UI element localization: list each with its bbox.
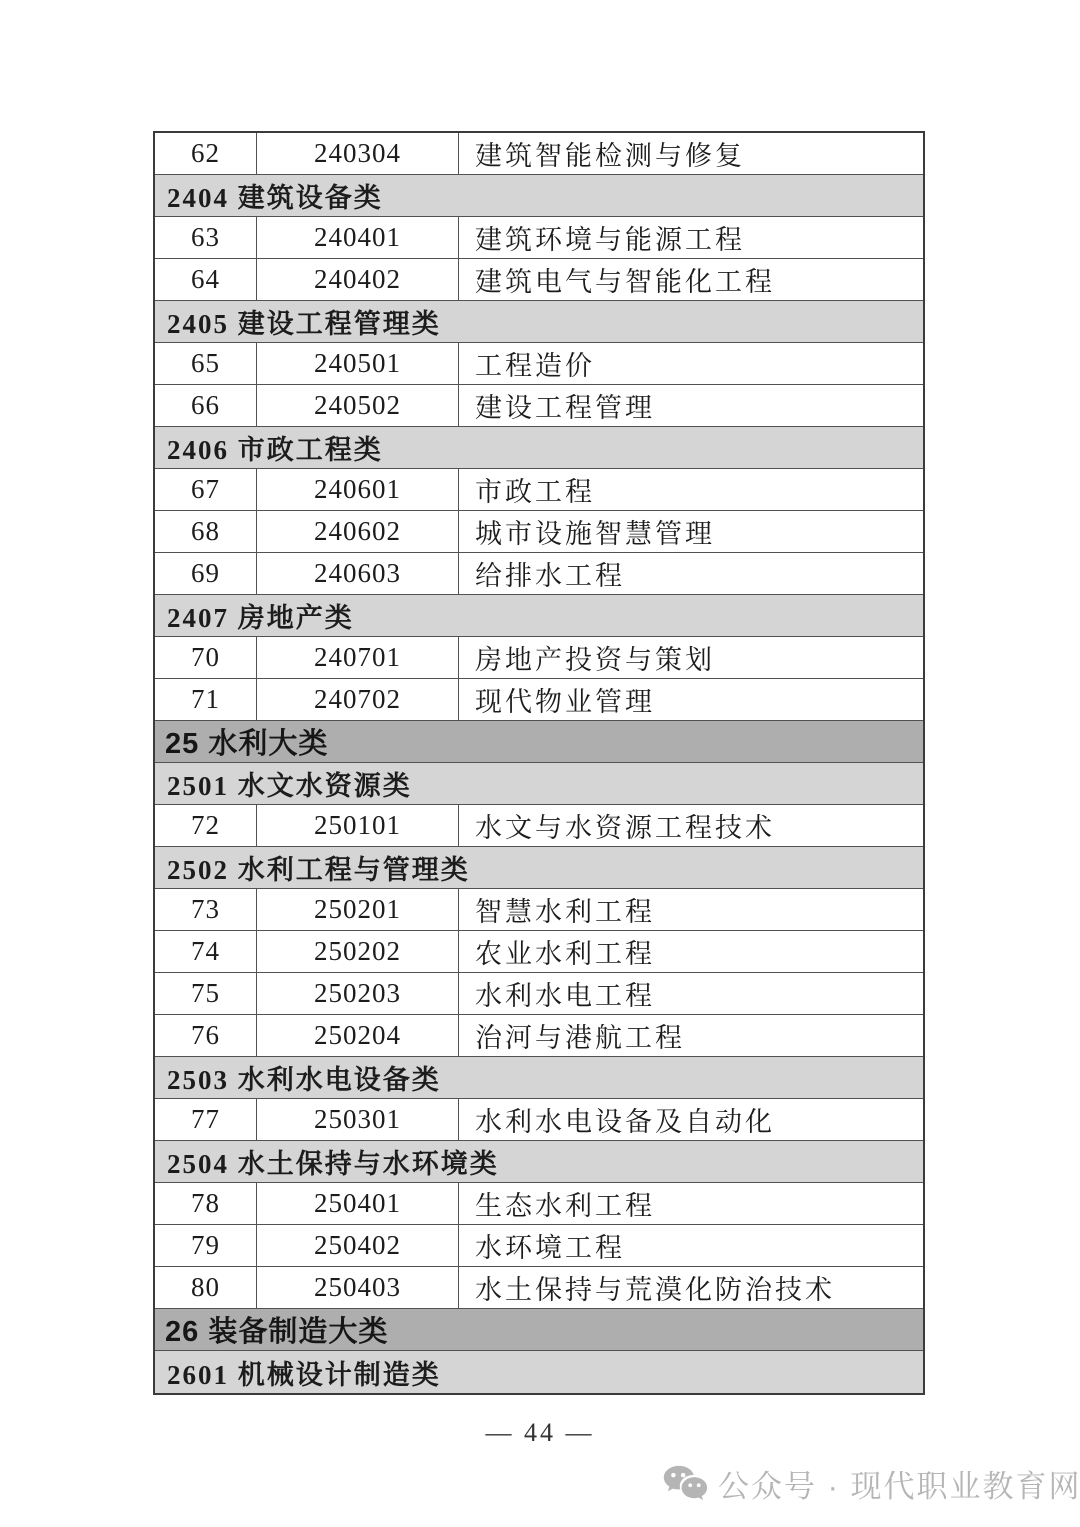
table-row: 69240603给排水工程 bbox=[155, 553, 923, 595]
cell-no: 65 bbox=[155, 343, 257, 384]
cell-no: 75 bbox=[155, 973, 257, 1014]
cell-no: 68 bbox=[155, 511, 257, 552]
cell-code: 250301 bbox=[257, 1099, 459, 1140]
cell-name: 建设工程管理 bbox=[459, 385, 923, 426]
cell-code: 250202 bbox=[257, 931, 459, 972]
cell-no: 74 bbox=[155, 931, 257, 972]
cell-no: 63 bbox=[155, 217, 257, 258]
cell-name: 水土保持与荒漠化防治技术 bbox=[459, 1267, 923, 1308]
cell-code: 250401 bbox=[257, 1183, 459, 1224]
cell-name: 给排水工程 bbox=[459, 553, 923, 594]
cell-no: 79 bbox=[155, 1225, 257, 1266]
cell-no: 70 bbox=[155, 637, 257, 678]
cell-name: 农业水利工程 bbox=[459, 931, 923, 972]
table-row: 68240602城市设施智慧管理 bbox=[155, 511, 923, 553]
cell-code: 240702 bbox=[257, 679, 459, 720]
cell-code: 240603 bbox=[257, 553, 459, 594]
table-row: 65240501工程造价 bbox=[155, 343, 923, 385]
cell-name: 城市设施智慧管理 bbox=[459, 511, 923, 552]
cell-code: 240401 bbox=[257, 217, 459, 258]
cell-name: 水利水电工程 bbox=[459, 973, 923, 1014]
table-row: 62240304建筑智能检测与修复 bbox=[155, 133, 923, 175]
cell-name: 水文与水资源工程技术 bbox=[459, 805, 923, 846]
cell-no: 66 bbox=[155, 385, 257, 426]
wechat-footer: 公众号 · 现代职业教育网 bbox=[662, 1461, 1080, 1506]
section-header-row: 2404 建筑设备类 bbox=[155, 175, 923, 217]
cell-no: 67 bbox=[155, 469, 257, 510]
cell-code: 250403 bbox=[257, 1267, 459, 1308]
footer-label: 公众号 · 现代职业教育网 bbox=[718, 1461, 1080, 1506]
majors-table: 62240304建筑智能检测与修复2404 建筑设备类63240401建筑环境与… bbox=[153, 131, 925, 1395]
cell-name: 市政工程 bbox=[459, 469, 923, 510]
cell-no: 78 bbox=[155, 1183, 257, 1224]
table-row: 73250201智慧水利工程 bbox=[155, 889, 923, 931]
table-row: 75250203水利水电工程 bbox=[155, 973, 923, 1015]
cell-code: 250203 bbox=[257, 973, 459, 1014]
section-header-row: 2405 建设工程管理类 bbox=[155, 301, 923, 343]
cell-name: 工程造价 bbox=[459, 343, 923, 384]
cell-no: 69 bbox=[155, 553, 257, 594]
table-row: 66240502建设工程管理 bbox=[155, 385, 923, 427]
cell-code: 250101 bbox=[257, 805, 459, 846]
cell-name: 建筑电气与智能化工程 bbox=[459, 259, 923, 300]
cell-code: 240602 bbox=[257, 511, 459, 552]
cell-code: 250402 bbox=[257, 1225, 459, 1266]
cell-code: 240501 bbox=[257, 343, 459, 384]
cell-code: 250204 bbox=[257, 1015, 459, 1056]
cell-no: 73 bbox=[155, 889, 257, 930]
table-row: 70240701房地产投资与策划 bbox=[155, 637, 923, 679]
table-row: 72250101水文与水资源工程技术 bbox=[155, 805, 923, 847]
cell-no: 62 bbox=[155, 133, 257, 174]
section-header-row: 2601 机械设计制造类 bbox=[155, 1351, 923, 1393]
section-header-row: 2406 市政工程类 bbox=[155, 427, 923, 469]
section-header-row: 2503 水利水电设备类 bbox=[155, 1057, 923, 1099]
cell-code: 240402 bbox=[257, 259, 459, 300]
table-row: 64240402建筑电气与智能化工程 bbox=[155, 259, 923, 301]
table-row: 79250402水环境工程 bbox=[155, 1225, 923, 1267]
cell-no: 72 bbox=[155, 805, 257, 846]
cell-no: 71 bbox=[155, 679, 257, 720]
cell-code: 250201 bbox=[257, 889, 459, 930]
table-row: 76250204治河与港航工程 bbox=[155, 1015, 923, 1057]
cell-name: 建筑智能检测与修复 bbox=[459, 133, 923, 174]
page-number: — 44 — bbox=[0, 1418, 1080, 1448]
table-rows: 62240304建筑智能检测与修复2404 建筑设备类63240401建筑环境与… bbox=[155, 133, 923, 1393]
section-header-row: 2504 水土保持与水环境类 bbox=[155, 1141, 923, 1183]
table-row: 80250403水土保持与荒漠化防治技术 bbox=[155, 1267, 923, 1309]
cell-code: 240601 bbox=[257, 469, 459, 510]
table-row: 78250401生态水利工程 bbox=[155, 1183, 923, 1225]
cell-no: 64 bbox=[155, 259, 257, 300]
cell-code: 240502 bbox=[257, 385, 459, 426]
cell-code: 240304 bbox=[257, 133, 459, 174]
cell-name: 生态水利工程 bbox=[459, 1183, 923, 1224]
cell-name: 水利水电设备及自动化 bbox=[459, 1099, 923, 1140]
category-header-row: 26 装备制造大类 bbox=[155, 1309, 923, 1351]
cell-name: 治河与港航工程 bbox=[459, 1015, 923, 1056]
cell-name: 建筑环境与能源工程 bbox=[459, 217, 923, 258]
cell-name: 房地产投资与策划 bbox=[459, 637, 923, 678]
cell-name: 智慧水利工程 bbox=[459, 889, 923, 930]
table-row: 67240601市政工程 bbox=[155, 469, 923, 511]
wechat-icon bbox=[662, 1465, 709, 1503]
cell-no: 77 bbox=[155, 1099, 257, 1140]
table-row: 63240401建筑环境与能源工程 bbox=[155, 217, 923, 259]
cell-no: 80 bbox=[155, 1267, 257, 1308]
section-header-row: 2502 水利工程与管理类 bbox=[155, 847, 923, 889]
cell-code: 240701 bbox=[257, 637, 459, 678]
table-row: 71240702现代物业管理 bbox=[155, 679, 923, 721]
cell-no: 76 bbox=[155, 1015, 257, 1056]
section-header-row: 2501 水文水资源类 bbox=[155, 763, 923, 805]
table-row: 74250202农业水利工程 bbox=[155, 931, 923, 973]
cell-name: 水环境工程 bbox=[459, 1225, 923, 1266]
category-header-row: 25 水利大类 bbox=[155, 721, 923, 763]
section-header-row: 2407 房地产类 bbox=[155, 595, 923, 637]
document-page: 62240304建筑智能检测与修复2404 建筑设备类63240401建筑环境与… bbox=[0, 0, 1080, 1527]
cell-name: 现代物业管理 bbox=[459, 679, 923, 720]
table-row: 77250301水利水电设备及自动化 bbox=[155, 1099, 923, 1141]
